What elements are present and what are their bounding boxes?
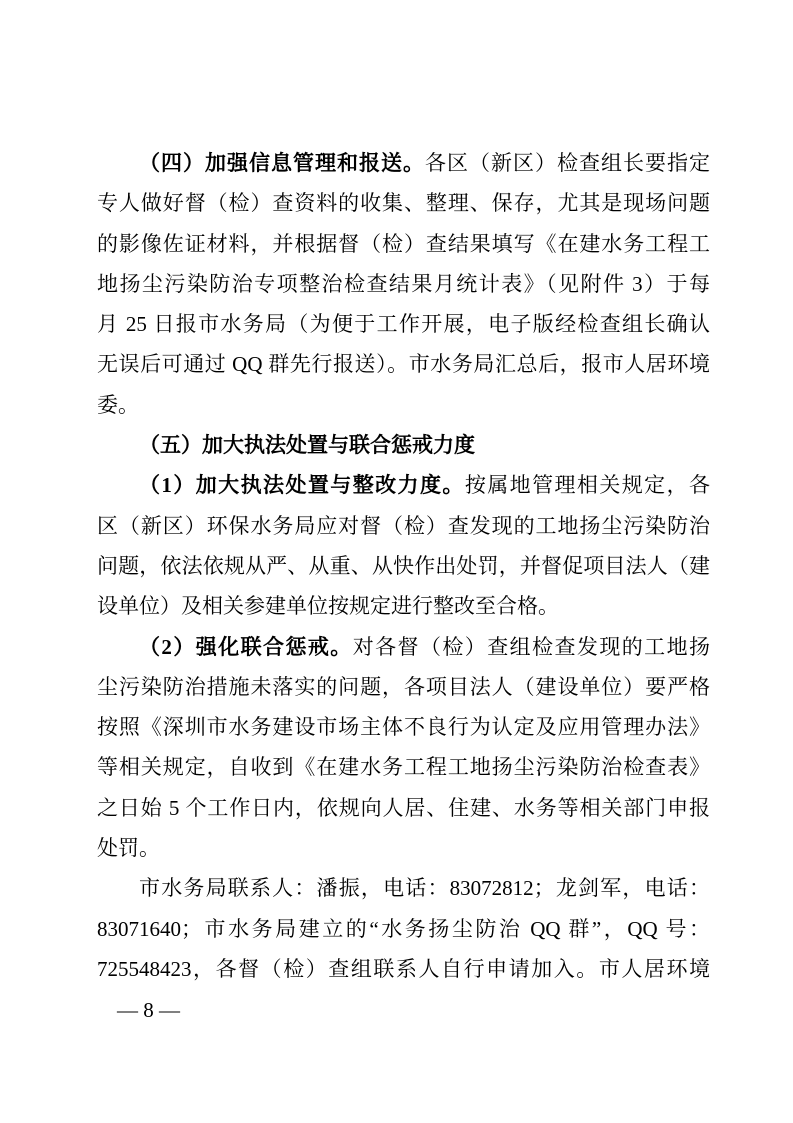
text-segment: 区（新区）环保水务局应对督（检）查发现的工地扬尘污染防治 [97,514,710,538]
text-segment: 市水务局联系人：潘振，电话：83072812；龙剑军，电话： [139,876,710,900]
text-segment: 之日始 5 个工作日内，依规向人居、住建、水务等相关部门申报 [97,796,710,820]
text-line: 之日始 5 个工作日内，依规向人居、住建、水务等相关部门申报 [97,788,710,828]
text-segment: 月 25 日报市水务局（为便于工作开展，电子版经检查组长确认 [97,312,710,336]
text-segment: 等相关规定，自收到《在建水务工程工地扬尘污染防治检查表》 [97,755,710,779]
text-line: 725548423，各督（检）查组联系人自行申请加入。市人居环境 [97,949,710,989]
text-line: 区（新区）环保水务局应对督（检）查发现的工地扬尘污染防治 [97,506,710,546]
text-line: 市水务局联系人：潘振，电话：83072812；龙剑军，电话： [97,868,710,908]
text-line: （四）加强信息管理和报送。各区（新区）检查组长要指定 [97,143,710,183]
text-line: （2）强化联合惩戒。对各督（检）查组检查发现的工地扬 [97,627,710,667]
text-line: 83071640；市水务局建立的“水务扬尘防治 QQ 群”，QQ 号： [97,909,710,949]
text-line: 设单位）及相关参建单位按规定进行整改至合格。 [97,586,710,626]
text-segment: 83071640；市水务局建立的“水务扬尘防治 QQ 群”，QQ 号： [97,917,710,941]
text-segment: 对各督（检）查组检查发现的工地扬 [353,635,710,659]
document-body: （四）加强信息管理和报送。各区（新区）检查组长要指定专人做好督（检）查资料的收集… [97,143,710,989]
text-segment: 专人做好督（检）查资料的收集、整理、保存，尤其是现场问题 [97,191,710,215]
text-segment: 尘污染防治措施未落实的问题，各项目法人（建设单位）要严格 [97,675,710,699]
text-line: 地扬尘污染防治专项整治检查结果月统计表》（见附件 3）于每 [97,264,710,304]
text-line: 按照《深圳市水务建设市场主体不良行为认定及应用管理办法》 [97,707,710,747]
text-line: 月 25 日报市水务局（为便于工作开展，电子版经检查组长确认 [97,304,710,344]
text-segment: 的影像佐证材料，并根据督（检）查结果填写《在建水务工程工 [97,232,710,256]
text-line: （1）加大执法处置与整改力度。按属地管理相关规定，各 [97,465,710,505]
text-segment: （1）加大执法处置与整改力度。 [139,473,465,497]
text-segment: 地扬尘污染防治专项整治检查结果月统计表》（见附件 3）于每 [97,272,710,296]
text-segment: 委。 [97,393,139,417]
text-segment: 无误后可通过 QQ 群先行报送）。市水务局汇总后，报市人居环境 [97,352,710,376]
text-segment: 按属地管理相关规定，各 [465,473,710,497]
text-line: 尘污染防治措施未落实的问题，各项目法人（建设单位）要严格 [97,667,710,707]
text-segment: 按照《深圳市水务建设市场主体不良行为认定及应用管理办法》 [97,715,710,739]
text-segment: 各区（新区）检查组长要指定 [425,151,710,175]
document-page: （四）加强信息管理和报送。各区（新区）检查组长要指定专人做好督（检）查资料的收集… [0,0,793,1123]
text-segment: （五）加大执法处置与联合惩戒力度 [139,433,475,457]
text-segment: 问题，依法依规从严、从重、从快作出处罚，并督促项目法人（建 [97,554,710,578]
text-segment: 处罚。 [97,836,160,860]
text-line: 专人做好督（检）查资料的收集、整理、保存，尤其是现场问题 [97,183,710,223]
text-line: 委。 [97,385,710,425]
text-line: 无误后可通过 QQ 群先行报送）。市水务局汇总后，报市人居环境 [97,344,710,384]
text-segment: 725548423，各督（检）查组联系人自行申请加入。市人居环境 [97,957,710,981]
text-line: 的影像佐证材料，并根据督（检）查结果填写《在建水务工程工 [97,224,710,264]
text-line: 等相关规定，自收到《在建水务工程工地扬尘污染防治检查表》 [97,747,710,787]
text-segment: （2）强化联合惩戒。 [139,635,353,659]
text-segment: （四）加强信息管理和报送。 [139,151,425,175]
text-line: 处罚。 [97,828,710,868]
text-line: 问题，依法依规从严、从重、从快作出处罚，并督促项目法人（建 [97,546,710,586]
page-number: — 8 — [117,996,180,1024]
text-segment: 设单位）及相关参建单位按规定进行整改至合格。 [97,594,559,618]
text-line: （五）加大执法处置与联合惩戒力度 [97,425,710,465]
